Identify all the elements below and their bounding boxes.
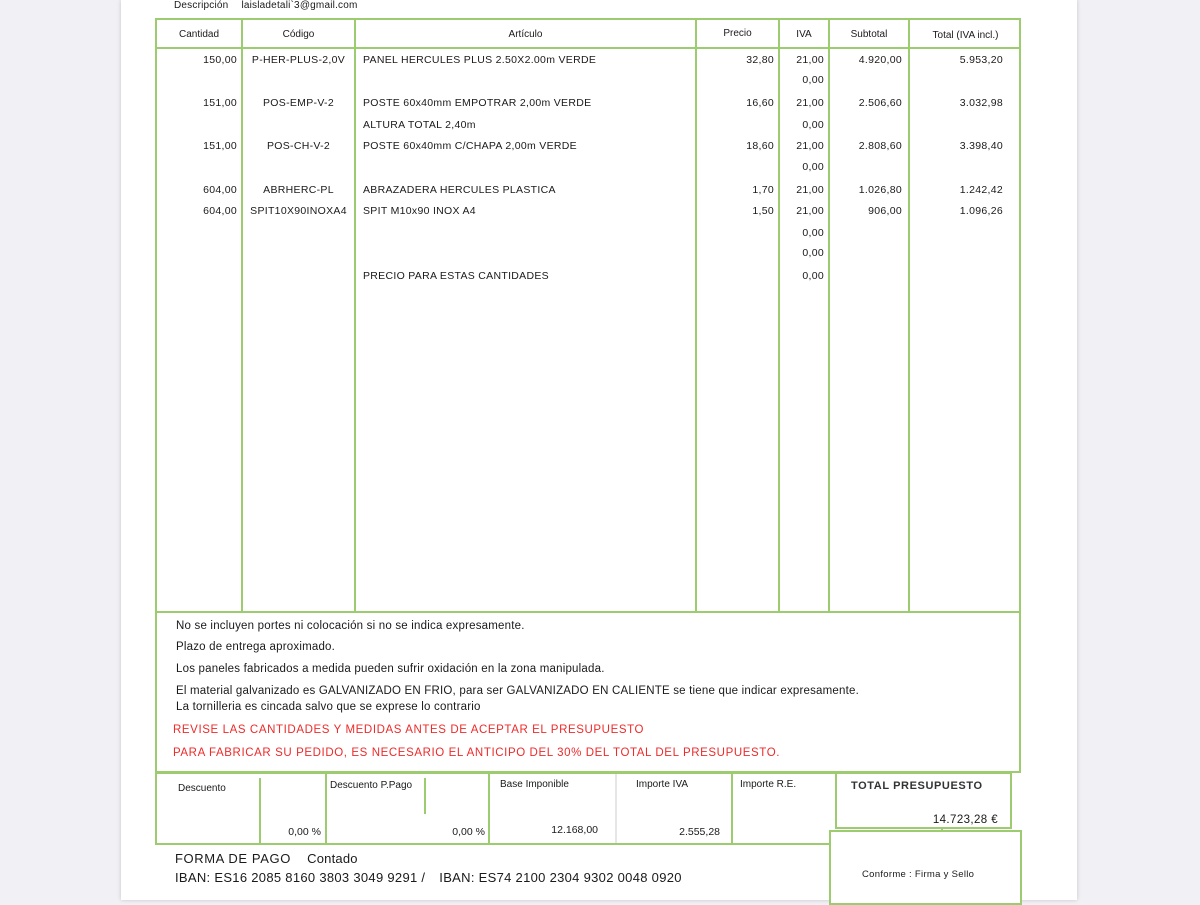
- table-cell-iva: 0,00: [780, 74, 824, 86]
- table-cell-precio: 1,50: [697, 205, 774, 217]
- table-cell-articulo: POSTE 60x40mm EMPOTRAR 2,00m VERDE: [363, 97, 693, 109]
- table-cell-total: 1.096,26: [910, 205, 1003, 217]
- total-presupuesto-value: 14.723,28 €: [933, 814, 998, 826]
- note-line: Los paneles fabricados a medida pueden s…: [176, 663, 605, 675]
- col-header-codigo: Código: [243, 29, 354, 40]
- column-divider: [354, 20, 356, 611]
- note-line: El material galvanizado es GALVANIZADO E…: [176, 685, 859, 697]
- iban-line: IBAN: ES16 2085 8160 3803 3049 9291 / IB…: [175, 870, 682, 885]
- iban-1: IBAN: ES16 2085 8160 3803 3049 9291 /: [175, 870, 425, 885]
- table-cell-total: 3.032,98: [910, 97, 1003, 109]
- table-cell-cantidad: 151,00: [157, 97, 237, 109]
- table-cell-iva: 0,00: [780, 227, 824, 239]
- table-cell-iva: 0,00: [780, 119, 824, 131]
- table-cell-subtotal: 1.026,80: [830, 184, 902, 196]
- table-cell-articulo: SPIT M10x90 INOX A4: [363, 205, 693, 217]
- table-cell-codigo: POS-EMP-V-2: [243, 97, 354, 109]
- importe-iva-label: Importe IVA: [636, 779, 688, 790]
- table-cell-iva: 0,00: [780, 247, 824, 259]
- iban-2: IBAN: ES74 2100 2304 9302 0048 0920: [439, 870, 682, 885]
- table-cell-cantidad: 604,00: [157, 184, 237, 196]
- table-cell-cantidad: 150,00: [157, 54, 237, 66]
- header-divider: [157, 47, 1019, 49]
- table-cell-cantidad: 151,00: [157, 140, 237, 152]
- table-cell-iva: 0,00: [780, 161, 824, 173]
- warning-line: REVISE LAS CANTIDADES Y MEDIDAS ANTES DE…: [173, 724, 644, 736]
- col-header-articulo: Artículo: [356, 29, 695, 40]
- col-header-iva: IVA: [780, 29, 828, 40]
- table-cell-codigo: POS-CH-V-2: [243, 140, 354, 152]
- table-cell-precio: 1,70: [697, 184, 774, 196]
- notes-box: No se incluyen portes ni colocación si n…: [155, 613, 1021, 773]
- divider: [424, 778, 426, 814]
- table-cell-iva: 21,00: [780, 205, 824, 217]
- description-line: Descripción laisladetali`3@gmail.com: [174, 0, 358, 11]
- payment-label: FORMA DE PAGO: [175, 851, 291, 866]
- table-cell-codigo: P-HER-PLUS-2,0V: [243, 54, 354, 66]
- signature-label: Conforme : Firma y Sello: [862, 869, 974, 880]
- col-header-subtotal: Subtotal: [830, 29, 908, 40]
- table-cell-subtotal: 2.506,60: [830, 97, 902, 109]
- table-cell-iva: 21,00: [780, 97, 824, 109]
- table-cell-cantidad: 604,00: [157, 205, 237, 217]
- table-cell-iva: 21,00: [780, 54, 824, 66]
- total-presupuesto-label: TOTAL PRESUPUESTO: [851, 780, 983, 792]
- importe-iva-value: 2.555,28: [617, 826, 720, 838]
- payment-method: FORMA DE PAGO Contado: [175, 851, 358, 866]
- col-header-total: Total (IVA incl.): [910, 30, 1021, 41]
- importe-re-label: Importe R.E.: [740, 779, 796, 790]
- payment-value: Contado: [307, 851, 358, 866]
- totals-strip: Descuento 0,00 % Descuento P.Pago 0,00 %…: [155, 772, 943, 845]
- description-label: Descripción: [174, 0, 228, 11]
- descuento-pp-label: Descuento P.Pago: [330, 780, 412, 791]
- signature-box: Conforme : Firma y Sello: [829, 830, 1022, 900]
- table-cell-articulo: PANEL HERCULES PLUS 2.50X2.00m VERDE: [363, 54, 693, 66]
- table-cell-articulo: POSTE 60x40mm C/CHAPA 2,00m VERDE: [363, 140, 693, 152]
- table-cell-codigo: ABRHERC-PL: [243, 184, 354, 196]
- document-page: Descripción laisladetali`3@gmail.com Can…: [121, 0, 1077, 900]
- warning-line: PARA FABRICAR SU PEDIDO, ES NECESARIO EL…: [173, 747, 780, 759]
- table-cell-codigo: SPIT10X90INOXA4: [243, 205, 354, 217]
- table-cell-iva: 21,00: [780, 184, 824, 196]
- descuento-value: 0,00 %: [261, 826, 321, 838]
- table-cell-articulo: ALTURA TOTAL 2,40m: [363, 119, 693, 131]
- table-cell-subtotal: 4.920,00: [830, 54, 902, 66]
- table-cell-precio: 16,60: [697, 97, 774, 109]
- table-cell-iva: 21,00: [780, 140, 824, 152]
- divider: [325, 774, 327, 843]
- descuento-pp-value: 0,00 %: [397, 826, 485, 838]
- table-cell-subtotal: 2.808,60: [830, 140, 902, 152]
- table-cell-total: 5.953,20: [910, 54, 1003, 66]
- base-imponible-value: 12.168,00: [490, 824, 598, 836]
- base-imponible-label: Base Imponible: [500, 779, 569, 790]
- items-table: Cantidad Código Artículo Precio IVA Subt…: [155, 18, 1021, 613]
- description-value: laisladetali`3@gmail.com: [241, 0, 357, 11]
- note-line: No se incluyen portes ni colocación si n…: [176, 620, 525, 632]
- table-cell-precio: 32,80: [697, 54, 774, 66]
- note-line: Plazo de entrega aproximado.: [176, 641, 335, 653]
- descuento-label: Descuento: [178, 783, 226, 794]
- col-header-precio: Precio: [697, 28, 778, 39]
- divider: [731, 774, 733, 843]
- table-cell-iva: 0,00: [780, 270, 824, 282]
- table-cell-articulo: PRECIO PARA ESTAS CANTIDADES: [363, 270, 693, 282]
- col-header-cantidad: Cantidad: [157, 29, 241, 40]
- table-cell-precio: 18,60: [697, 140, 774, 152]
- table-cell-total: 1.242,42: [910, 184, 1003, 196]
- note-line: La tornilleria es cincada salvo que se e…: [176, 701, 481, 713]
- table-cell-articulo: ABRAZADERA HERCULES PLASTICA: [363, 184, 693, 196]
- total-presupuesto-box: TOTAL PRESUPUESTO 14.723,28 €: [835, 772, 1012, 829]
- table-cell-total: 3.398,40: [910, 140, 1003, 152]
- table-cell-subtotal: 906,00: [830, 205, 902, 217]
